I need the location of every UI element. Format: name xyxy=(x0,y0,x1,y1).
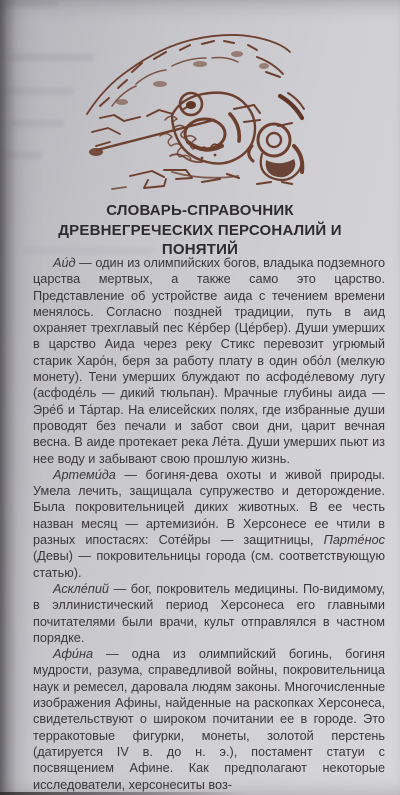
ruins-sketch-illustration xyxy=(52,14,382,196)
page: СЛОВАРЬ-СПРАВОЧНИК ДРЕВНЕГРЕЧЕСКИХ ПЕРСО… xyxy=(0,0,400,795)
bleedthrough-ghost xyxy=(0,0,58,7)
glossary-entry: Афи́на — одна из олимпийский богинь, бог… xyxy=(33,646,385,793)
glossary-entry: Аскле́пий — бог, покровитель медицины. П… xyxy=(33,581,385,646)
entry-term: Аи́д xyxy=(53,256,76,270)
glossary-entry: Аи́д — один из олимпийских богов, владык… xyxy=(33,255,385,467)
entry-term: Афи́на xyxy=(53,647,93,661)
glossary-entry: Артеми́да — богиня-дева охоты и живой пр… xyxy=(33,467,385,581)
entry-text: — один из олимпийских богов, владыка под… xyxy=(33,256,385,466)
glossary-entries: Аи́д — один из олимпийских богов, владык… xyxy=(33,255,385,793)
entry-text: Парте́нос xyxy=(324,533,385,547)
entry-term: Артеми́да xyxy=(53,468,116,482)
bleedthrough-ghost xyxy=(0,152,42,158)
entry-text: — одна из олимпийский богинь, богиня муд… xyxy=(33,647,385,791)
page-title: СЛОВАРЬ-СПРАВОЧНИК ДРЕВНЕГРЕЧЕСКИХ ПЕРСО… xyxy=(0,201,400,260)
entry-text: (Девы) — покровительницы города (см. соо… xyxy=(33,549,385,579)
entry-term: Аскле́пий xyxy=(53,582,109,596)
photographed-book-page: { "page": { "title": "СЛОВАРЬ-СПРАВОЧНИК… xyxy=(0,0,400,795)
